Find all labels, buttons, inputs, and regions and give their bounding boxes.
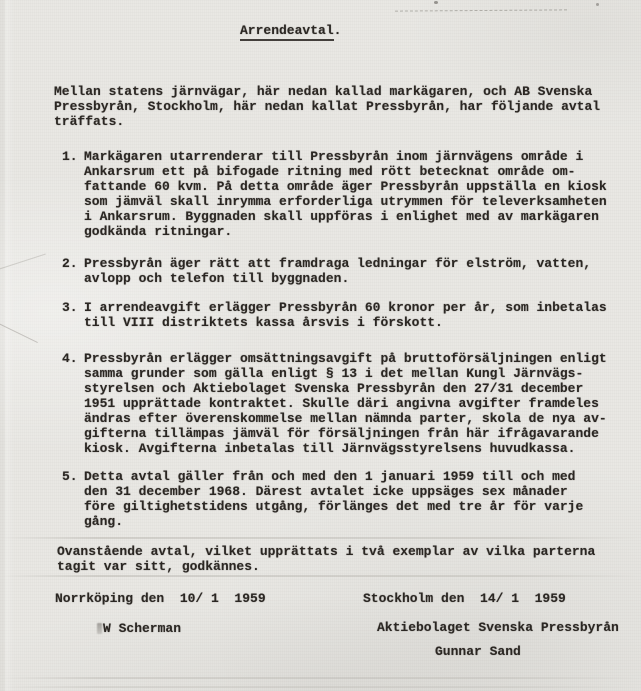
page-title-text: Arrendeavtal: [240, 23, 334, 41]
clause-text: Detta avtal gäller från och med den 1 ja…: [84, 469, 583, 529]
clause-number: 5.: [62, 469, 84, 529]
intro-paragraph: Mellan statens järnvägar, här nedan kall…: [54, 84, 600, 129]
signature-left-smudge: [97, 623, 102, 634]
clause-text: Markägaren utarrenderar till Pressbyrån …: [84, 149, 607, 239]
clause-number: 2.: [62, 256, 84, 286]
clause-text: Pressbyrån äger rätt att framdraga ledni…: [84, 256, 591, 286]
clause-item-2: 2. Pressbyrån äger rätt att framdraga le…: [62, 256, 591, 286]
scan-artifact-line: [395, 9, 567, 11]
scan-scratch: [0, 254, 46, 272]
page-title-period: .: [334, 23, 342, 38]
clause-item-1: 1. Markägaren utarrenderar till Pressbyr…: [62, 149, 607, 239]
scan-speck: [596, 3, 599, 6]
clause-item-5: 5. Detta avtal gäller från och med den 1…: [62, 469, 583, 529]
clause-number: 4.: [62, 351, 84, 456]
scan-streak: [0, 575, 641, 577]
signature-left-place-date: Norrköping den 10/ 1 1959: [55, 591, 266, 606]
document-page: Arrendeavtal. Mellan statens järnvägar, …: [0, 0, 641, 691]
clause-text: Pressbyrån erlägger omsättningsavgift på…: [84, 351, 607, 456]
signature-right-company: Aktiebolaget Svenska Pressbyrån: [377, 620, 619, 635]
signature-left-name: W Scherman: [103, 621, 181, 636]
clause-number: 1.: [62, 149, 84, 239]
scan-streak: [0, 686, 641, 688]
page-title: Arrendeavtal.: [240, 23, 341, 38]
signature-right-name: Gunnar Sand: [435, 644, 521, 659]
closing-paragraph: Ovanstående avtal, vilket upprättats i t…: [57, 544, 595, 574]
scan-streak: [0, 677, 641, 679]
scan-speck: [434, 1, 438, 4]
signature-right-place-date: Stockholm den 14/ 1 1959: [363, 591, 566, 606]
clause-item-3: 3. I arrendeavgift erlägger Pressbyrån 6…: [62, 300, 607, 330]
scan-scratch: [0, 322, 38, 343]
clause-number: 3.: [62, 300, 84, 330]
scan-streak: [0, 537, 641, 539]
clause-text: I arrendeavgift erlägger Pressbyrån 60 k…: [84, 300, 607, 330]
clause-item-4: 4. Pressbyrån erlägger omsättningsavgift…: [62, 351, 607, 456]
